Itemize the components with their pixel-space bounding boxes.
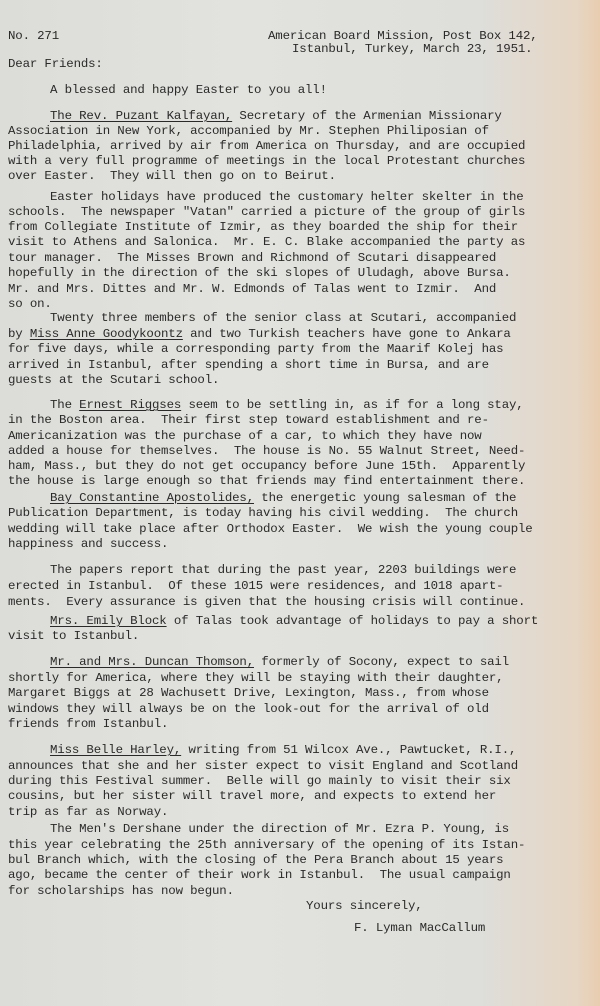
paragraph-2-line: Easter holidays have produced the custom… [50, 190, 524, 204]
paragraph-4-line: Americanization was the purchase of a ca… [8, 429, 482, 443]
paragraph-1-line: Association in New York, accompanied by … [8, 124, 489, 138]
paragraph-2-line: schools. The newspaper "Vatan" carried a… [8, 205, 525, 219]
paragraph-9-line: trip as far as Norway. [8, 805, 168, 819]
paragraph-3-line: for five days, while a corresponding par… [8, 342, 503, 356]
paragraph-3-line-2: by Miss Anne Goodykoontz and two Turkish… [8, 327, 511, 341]
paragraph-4-line: the house is large enough so that friend… [8, 474, 525, 488]
paragraph-10-line: this year celebrating the 25th anniversa… [8, 838, 525, 852]
paragraph-2-line: tour manager. The Misses Brown and Richm… [8, 251, 496, 265]
paragraph-9-line: cousins, but her sister will travel more… [8, 789, 496, 803]
paragraph-10-line: ago, became the center of their work in … [8, 868, 511, 882]
salutation: Dear Friends: [8, 57, 103, 71]
paragraph-8-line: shortly for America, where they will be … [8, 671, 503, 685]
paragraph-2-line: so on. [8, 297, 52, 311]
paragraph-10-line: bul Branch which, with the closing of th… [8, 853, 503, 867]
address-line-2: Istanbul, Turkey, March 23, 1951. [292, 42, 532, 56]
paragraph-2-line: from Collegiate Institute of Izmir, as t… [8, 220, 518, 234]
address-line-1: American Board Mission, Post Box 142, [268, 29, 538, 43]
paragraph-3-line: guests at the Scutari school. [8, 373, 219, 387]
paragraph-6-line: erected in Istanbul. Of these 1015 were … [8, 579, 503, 593]
paragraph-8-line: windows they will always be on the look-… [8, 702, 489, 716]
paragraph-7-line-1: Mrs. Emily Block of Talas took advantage… [50, 614, 538, 628]
name-underlined: Miss Belle Harley, [50, 743, 181, 757]
paragraph-5-line-1: Bay Constantine Apostolides, the energet… [50, 491, 516, 505]
paragraph-1-line-1: The Rev. Puzant Kalfayan, Secretary of t… [50, 109, 502, 123]
name-underlined: Mrs. Emily Block [50, 614, 167, 628]
closing: Yours sincerely, [306, 899, 423, 913]
name-underlined: Mr. and Mrs. Duncan Thomson, [50, 655, 254, 669]
paragraph-4-line: in the Boston area. Their first step tow… [8, 413, 489, 427]
paragraph-2-line: Mr. and Mrs. Dittes and Mr. W. Edmonds o… [8, 282, 496, 296]
paragraph-8-line: Margaret Biggs at 28 Wachusett Drive, Le… [8, 686, 489, 700]
name-underlined: Ernest Riggses [79, 398, 181, 412]
name-underlined: Bay Constantine Apostolides, [50, 491, 254, 505]
paragraph-6-line: ments. Every assurance is given that the… [8, 595, 525, 609]
paragraph-10-line: for scholarships has now begun. [8, 884, 234, 898]
letter-number: No. 271 [8, 29, 59, 43]
paragraph-7-line: visit to Istanbul. [8, 629, 139, 643]
paragraph-4-line: added a house for themselves. The house … [8, 444, 525, 458]
paragraph-9-line: announces that she and her sister expect… [8, 759, 518, 773]
name-underlined: The Rev. Puzant Kalfayan, [50, 109, 232, 123]
name-underlined: Miss Anne Goodykoontz [30, 327, 183, 341]
paragraph-4-line: ham, Mass., but they do not get occupanc… [8, 459, 525, 473]
paragraph-5-line: happiness and success. [8, 537, 168, 551]
paragraph-8-line-1: Mr. and Mrs. Duncan Thomson, formerly of… [50, 655, 509, 669]
paragraph-8-line: friends from Istanbul. [8, 717, 168, 731]
signature: F. Lyman MacCallum [354, 921, 485, 935]
paragraph-1-line: with a very full programme of meetings i… [8, 154, 525, 168]
paragraph-3-line: Twenty three members of the senior class… [50, 311, 516, 325]
paragraph-10-line: The Men's Dershane under the direction o… [50, 822, 509, 836]
paragraph-5-line: wedding will take place after Orthodox E… [8, 522, 533, 536]
paragraph-4-line-1: The Ernest Riggses seem to be settling i… [50, 398, 524, 412]
paragraph-1-line: Philadelphia, arrived by air from Americ… [8, 139, 525, 153]
paragraph-1-line: over Easter. They will then go on to Bei… [8, 169, 336, 183]
paragraph-9-line-1: Miss Belle Harley, writing from 51 Wilco… [50, 743, 516, 757]
greeting: A blessed and happy Easter to you all! [50, 83, 327, 97]
paragraph-9-line: during this Festival summer. Belle will … [8, 774, 511, 788]
paragraph-5-line: Publication Department, is today having … [8, 506, 518, 520]
letter-page: No. 271 American Board Mission, Post Box… [0, 0, 600, 1006]
paragraph-2-line: hopefully in the direction of the ski sl… [8, 266, 511, 280]
paragraph-3-line: arrived in Istanbul, after spending a sh… [8, 358, 489, 372]
paragraph-6-line: The papers report that during the past y… [50, 563, 516, 577]
paragraph-2-line: visit to Athens and Salonica. Mr. E. C. … [8, 235, 525, 249]
